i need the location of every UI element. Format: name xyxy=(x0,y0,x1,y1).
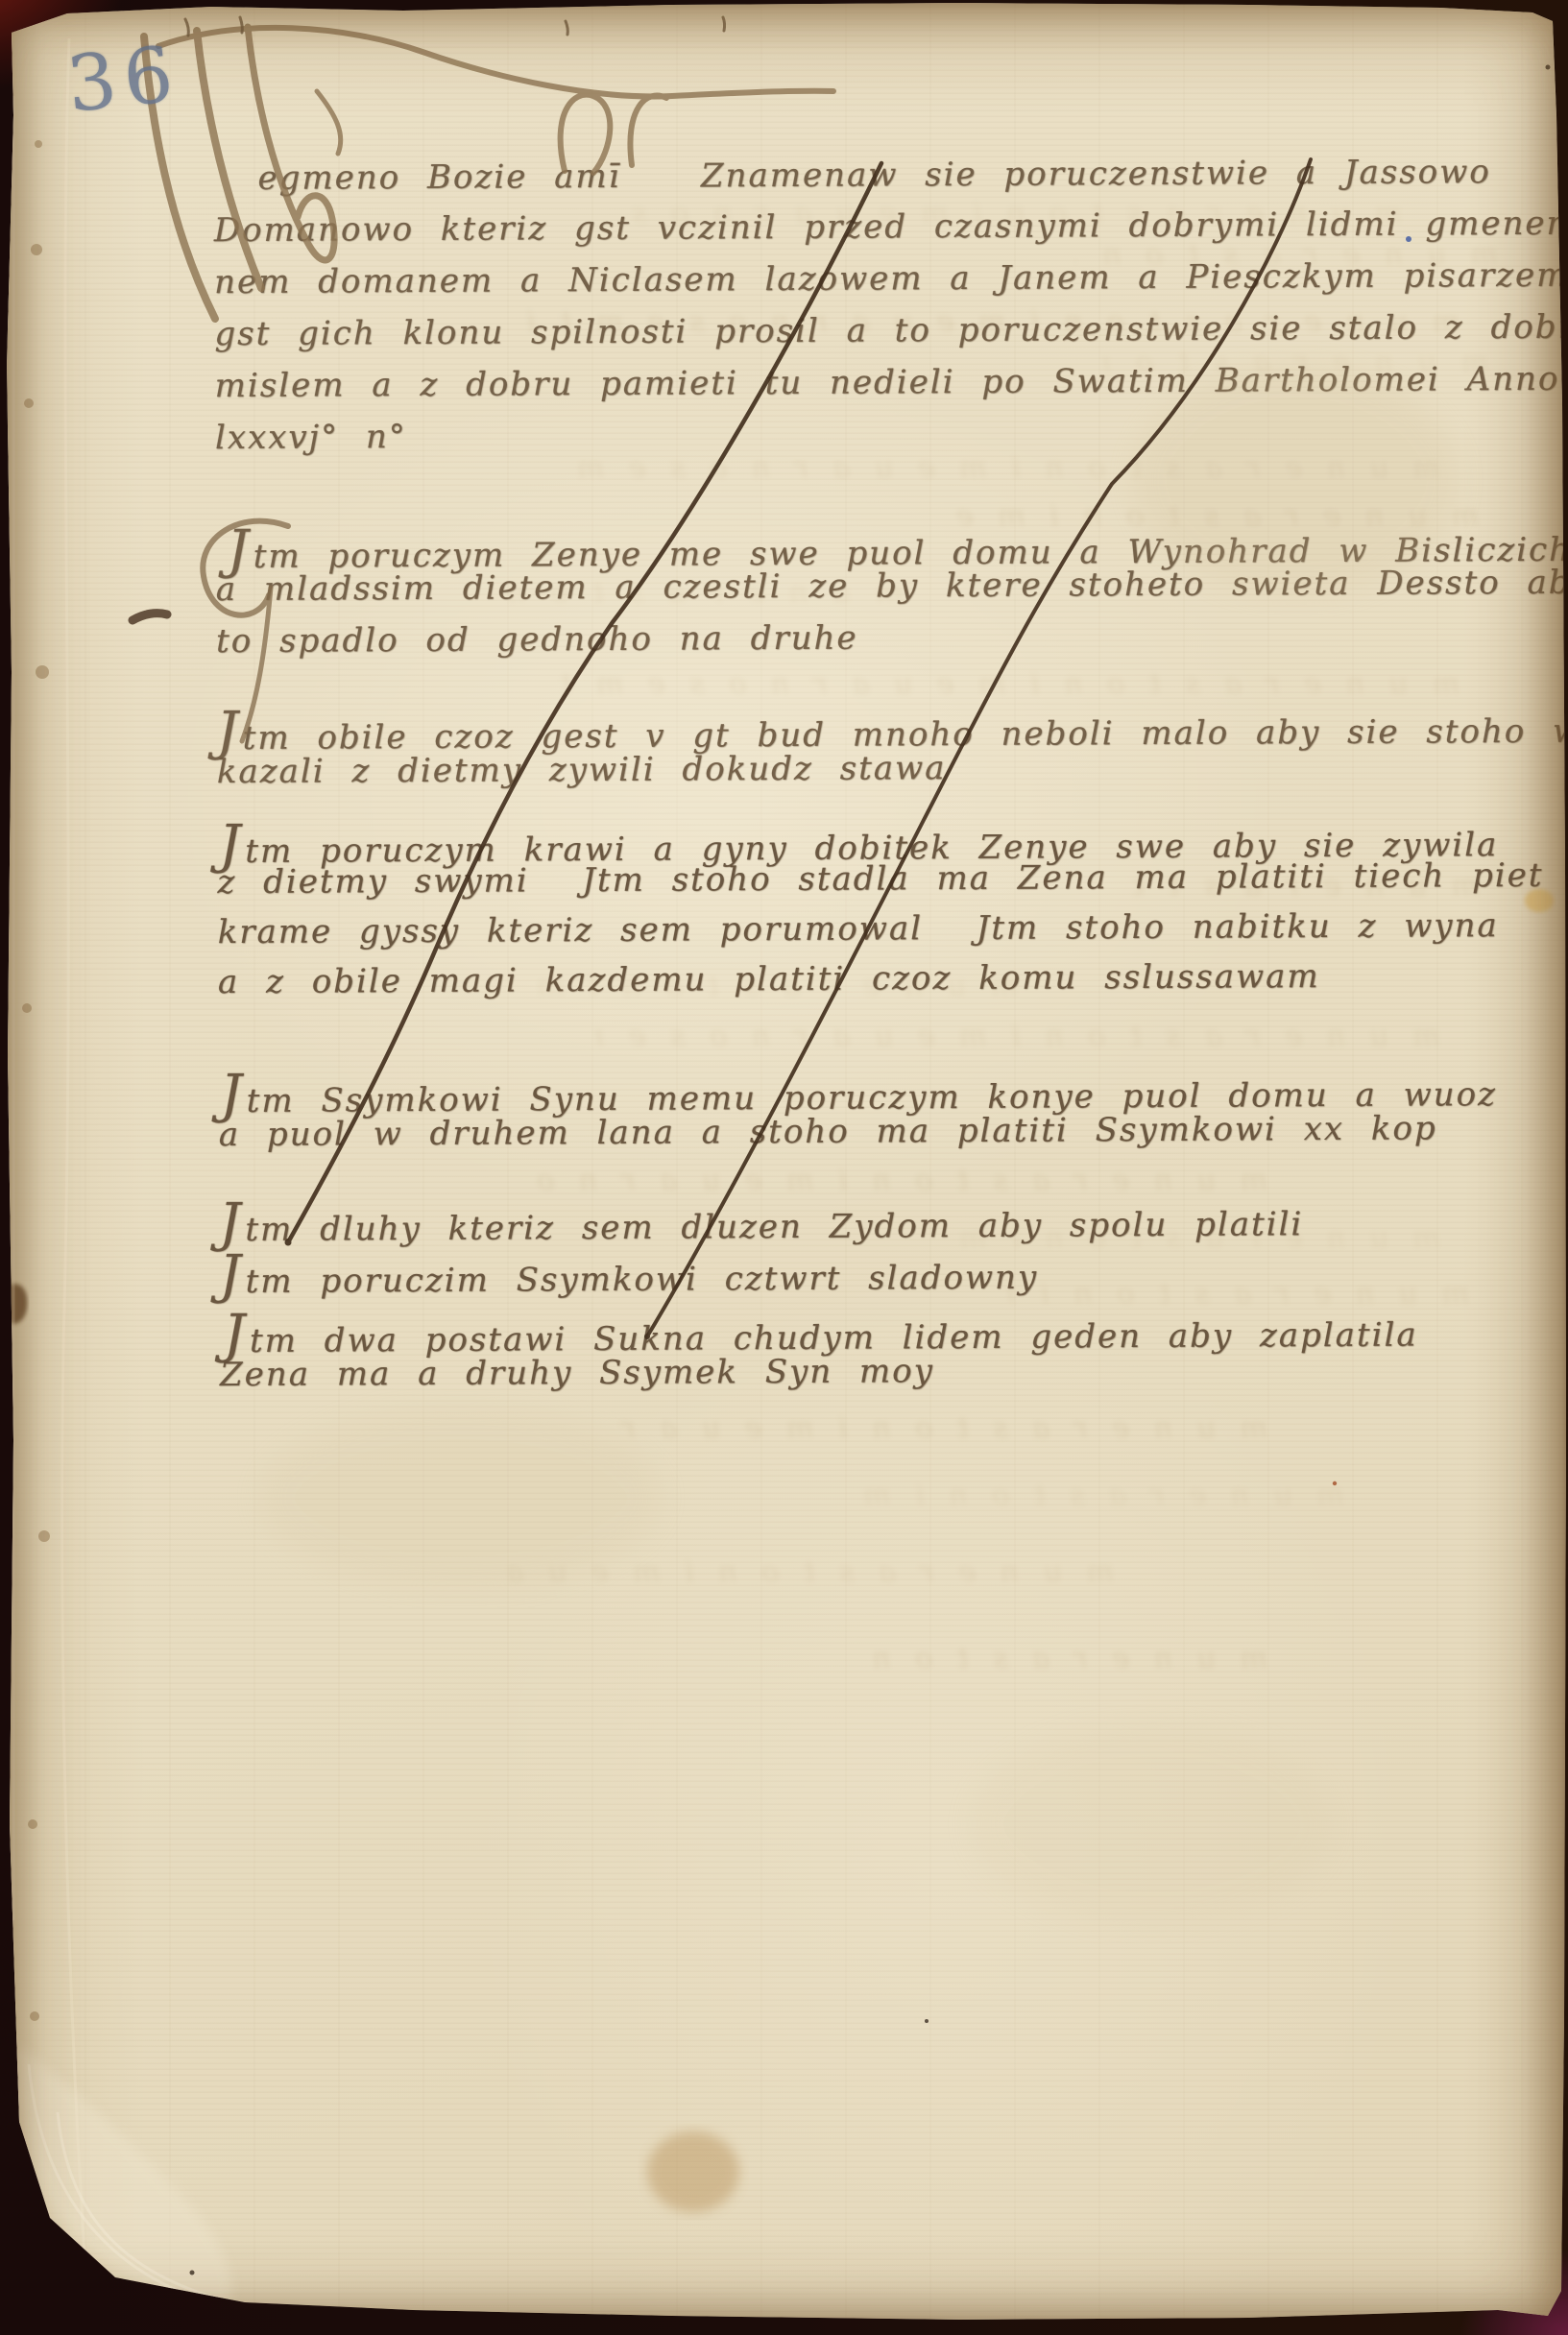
text-line: z dietmy swymi Jtm stoho stadla ma Zena … xyxy=(217,855,1568,902)
text-line: a z obile magi kazdemu platiti czoz komu… xyxy=(218,957,1320,1001)
text-line: krame gyssy kteriz sem porumowal Jtm sto… xyxy=(218,906,1499,951)
text-line: nem domanem a Niclasem lazowem a Janem a… xyxy=(214,255,1568,301)
manuscript-page: m u n e r a s t o n i m e u a r n o s e … xyxy=(0,0,1568,2335)
text-line: a mladssim dietem a czestli ze by ktere … xyxy=(216,564,1568,610)
handwritten-text-layer: egmeno Bozie amī Znamenaw sie poruczenst… xyxy=(0,0,1568,2335)
text-line: egmeno Bozie amī Znamenaw sie poruczenst… xyxy=(257,153,1490,198)
text-line: Jtm poruczim Ssymkowi cztwrt sladowny xyxy=(219,1240,1038,1305)
text-line: gst gich klonu spilnosti prosil a to por… xyxy=(214,307,1568,353)
text-line: mislem a z dobru pamieti tu nedieli po S… xyxy=(215,359,1568,405)
text-line: to spadlo od gednoho na druhe xyxy=(216,619,858,661)
folio-number: 36 xyxy=(62,29,184,130)
text-line: lxxxvj° n° xyxy=(215,418,407,457)
text-line: Zena ma a druhy Ssymek Syn moy xyxy=(220,1352,934,1394)
text-line: kazali z dietmy zywili dokudz stawa xyxy=(217,749,947,791)
scan-background: m u n e r a s t o n i m e u a r n o s e … xyxy=(0,0,1568,2335)
text-line: a puol w druhem lana a stoho ma platiti … xyxy=(219,1109,1437,1154)
text-line: Domanowo kteriz gst vczinil przed czasny… xyxy=(214,204,1568,250)
